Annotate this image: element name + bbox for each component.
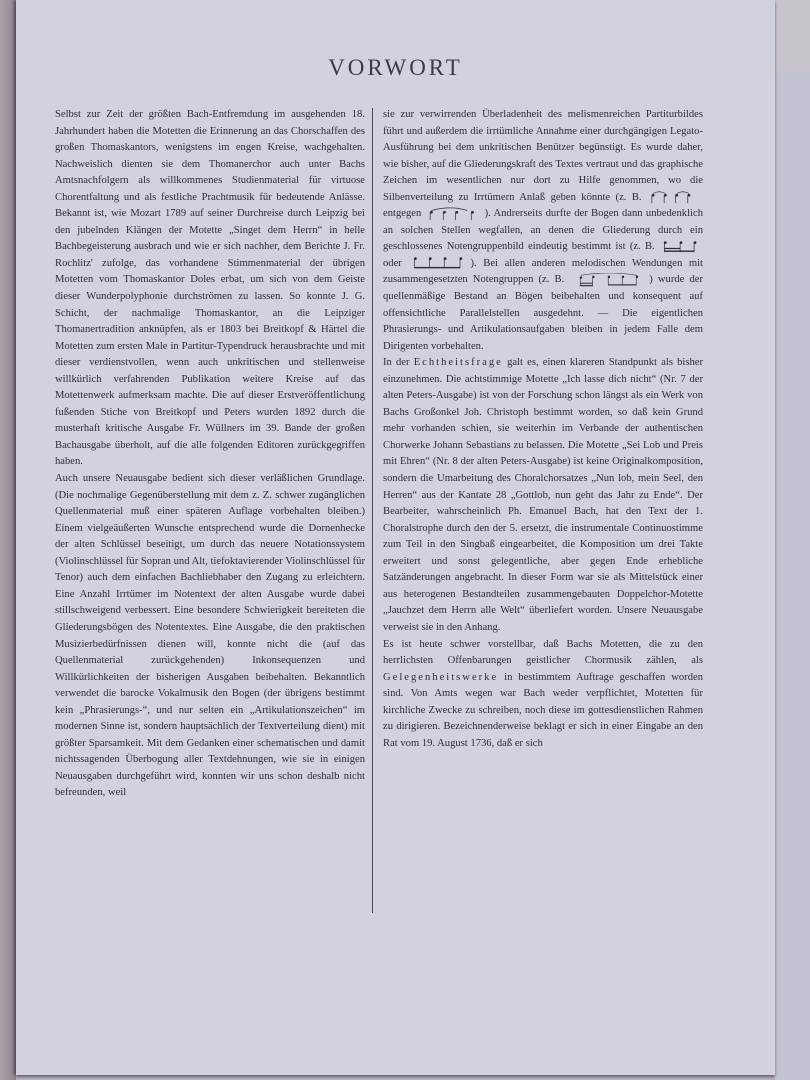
background-right [775,74,810,1080]
paragraph: In der Echtheitsfrage galt es, einen kla… [383,355,703,636]
column-divider [372,108,373,913]
music-notation-compound-group-icon [569,273,649,287]
paragraph: Auch unsere Neuausgabe bedient sich dies… [55,471,365,802]
text-run: sie zur verwirrenden Überladenheit des m… [383,109,703,203]
page-title: VORWORT [16,55,775,81]
text-run: in bestimmtem Auftrage geschaffen worden… [383,672,703,749]
music-notation-beamed-group-icon [659,240,703,254]
text-run: ) wurde der quellenmäßige Bestand an Bög… [383,274,703,351]
music-notation-slurred-four-icon [425,207,485,221]
text-run: oder [383,258,402,269]
paragraph: Selbst zur Zeit der größten Bach-Entfrem… [55,107,365,471]
text-run: In der [383,357,410,368]
background-right-top [775,0,810,74]
left-column: Selbst zur Zeit der größten Bach-Entfrem… [55,107,365,802]
background-left [0,0,16,1080]
paragraph: Es ist heute schwer vorstellbar, daß Bac… [383,637,703,753]
emphasis-spaced: Gelegenheitswerke [383,672,498,683]
text-run: Es ist heute schwer vorstellbar, daß Bac… [383,639,703,667]
music-notation-slurred-pairs-icon [647,190,703,204]
paragraph: sie zur verwirrenden Überladenheit des m… [383,107,703,355]
text-run: entgegen [383,208,421,219]
emphasis-spaced: Echtheitsfrage [414,357,503,368]
right-column: sie zur verwirrenden Überladenheit des m… [383,107,703,752]
text-run: galt es, einen klareren Standpunkt als b… [383,357,703,633]
book-page: VORWORT Selbst zur Zeit der größten Bach… [16,0,775,1075]
music-notation-beamed-four-icon [408,256,470,270]
